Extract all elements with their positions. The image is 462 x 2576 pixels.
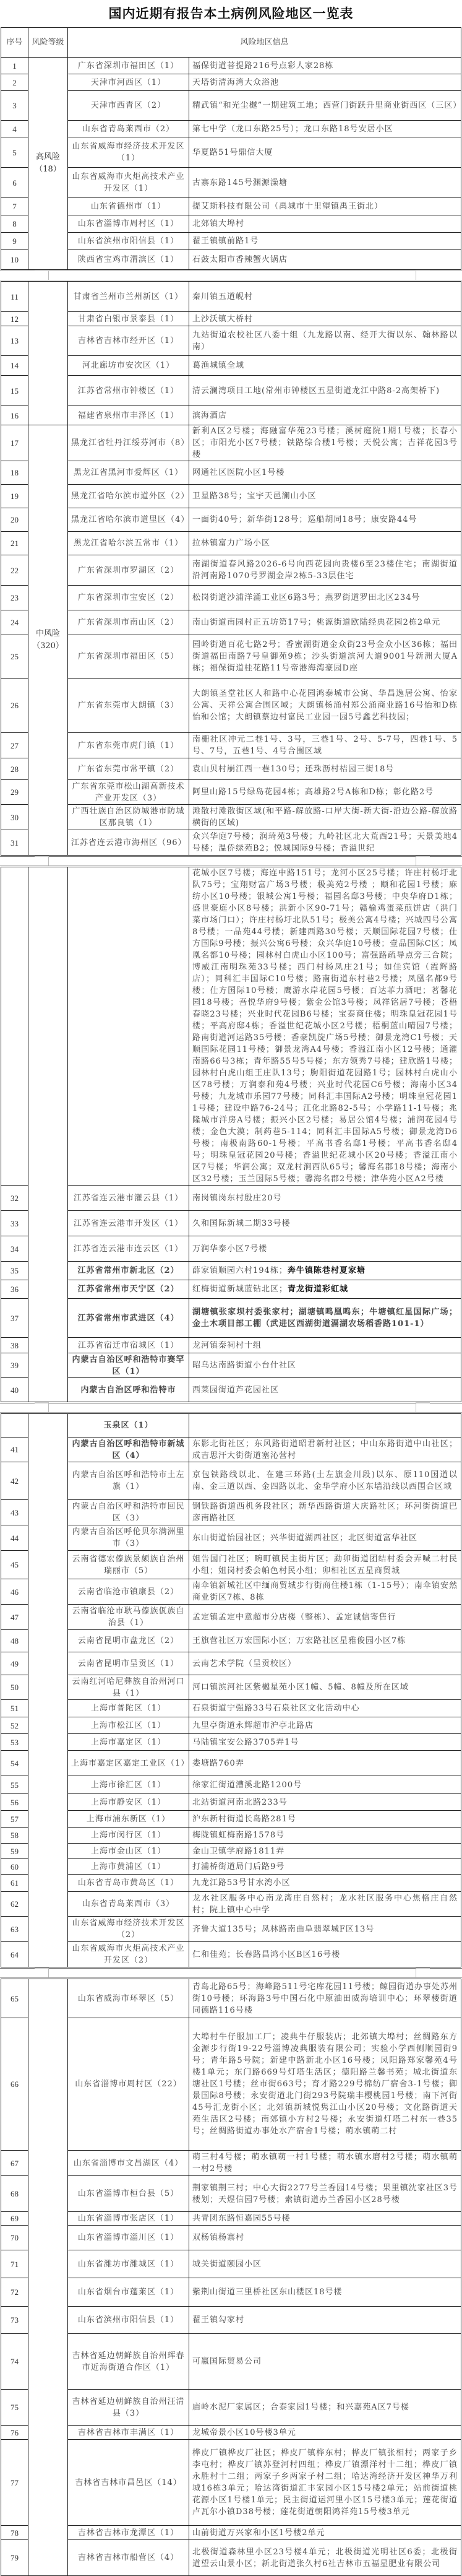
risk-level-mid-cont (28, 867, 68, 1402)
row-address: 新利A区2号楼；海融富华苑23号楼；溪树庭院1期1号楼；长春小区；市阳光小区7号… (189, 425, 461, 461)
row-area: 江苏省常州市天宁区（2） (68, 1280, 189, 1299)
row-area: 吉林省吉林市昌邑区（14） (68, 2440, 189, 2526)
row-area: 内蒙古自治区呼和浩特市回民区（3） (68, 1500, 189, 1525)
row-address: 北站街道河南北路233号 (189, 1794, 461, 1811)
row-no: 37 (1, 1299, 28, 1338)
page-title: 国内近期有报告本土病例风险地区一览表 (0, 0, 462, 27)
row-area: 山东省滨州市阳信县（1） (68, 2307, 189, 2334)
row-area: 山东省淄博市张店区（1） (68, 2212, 189, 2226)
row-address: 京包铁路线以北、在建三环路(土左旗金川段)以东、原110国道以南、金三道以西、金… (189, 1462, 461, 1500)
row-area: 山东省青岛莱西市（3） (68, 1892, 189, 1917)
row-area: 云南省德宏傣族景颇族自治州瑞丽市（5） (68, 1551, 189, 1579)
table-row: 1 高风险（18） 广东省深圳市福田区（1） 福保街道菩提路216号点彩人家28… (1, 58, 461, 74)
row-no: 29 (1, 780, 28, 805)
table-row: 44 内蒙古自治区呼伦贝尔满洲里市（3） 东山街道怡园社区；兴华街道湖西社区；北… (1, 1525, 461, 1551)
risk-level-mid-cont (28, 1414, 68, 1967)
table-row: 30 广西壮族自治区防城港市防城区那良镇（1） 滩散村滩散街区域(和平路-解放路… (1, 805, 461, 830)
table-row: 25 广东省深圳市福田区（5） 园岭街道百花七路2号；香蜜湖街道金众街23号金众… (1, 635, 461, 679)
row-address: 梅陇镇虹梅南路1578号 (189, 1828, 461, 1844)
row-address: 翟王镇勾家村 (189, 2307, 461, 2334)
table-row-continuation: 玉泉区（1） (1, 1414, 461, 1438)
table-row: 68 山东省淄博市桓台县（5） 荆家镇荆三村；中心大街2277号兰香园14号楼；… (1, 2176, 461, 2212)
row-area: 江苏省连云港市连云区（1） (68, 1236, 189, 1262)
address-bold: 奔牛镇陈巷村夏家塘 (288, 1266, 366, 1275)
row-no: 33 (1, 1211, 28, 1236)
row-area: 黑龙江省牡丹江绥芬河市（8） (68, 425, 189, 461)
row-address: 打浦桥街道局门后路9号 (189, 1859, 461, 1875)
row-address: 山前街道万兴家和小区1号楼2单元 (189, 2526, 461, 2540)
row-no: 78 (1, 2526, 28, 2540)
row-no: 36 (1, 1280, 28, 1299)
row-area: 广东省深圳市福田区（5） (68, 635, 189, 679)
row-area: 山东省潍坊市潍城区（1） (68, 2250, 189, 2278)
row-area: 内蒙古自治区呼和浩特市 (68, 1378, 189, 1402)
row-no: 79 (1, 2540, 28, 2576)
row-area: 上海市浦东新区（1） (68, 1811, 189, 1828)
row-no: 45 (1, 1551, 28, 1579)
row-address: 卫星路38号；宝宇天邑澜山小区 (189, 485, 461, 508)
row-address: 上沙沃镇大桥村 (189, 312, 461, 326)
table-row: 23 广东省深圳市宝安区（2） 松岗街道沙浦洋涌工业区6路3号；燕罗街道罗田北区… (1, 586, 461, 610)
row-address: 翟王镇镇前路1号 (189, 233, 461, 250)
row-area: 上海市松江区（1） (68, 1717, 189, 1734)
row-area: 内蒙古自治区呼和浩特市赛罕区（1） (68, 1353, 189, 1378)
table-row: 77 吉林省吉林市昌邑区（14） 桦皮厂镇桦皮厂社区；桦皮厂镇桦东村；桦皮厂镇张… (1, 2440, 461, 2526)
row-area: 上海市闵行区（1） (68, 1828, 189, 1844)
row-area: 天津市西青区（2） (68, 91, 189, 121)
row-no: 21 (1, 532, 28, 555)
row-area: 吉林省吉林市龙潭区（1） (68, 2526, 189, 2540)
table-row: 58 上海市闵行区（1） 梅陇镇虹梅南路1578号 (1, 1828, 461, 1844)
row-address: 园岭街道百花七路2号；香蜜湖街道金众街23号金众小区36栋；福田街道福田南路7号… (189, 635, 461, 679)
row-area: 上海市嘉定区嘉定工业区（1） (68, 1751, 189, 1776)
row-area: 山东省淄博市淄川区（1） (68, 2226, 189, 2250)
row-area: 山东省威海市环翠区（5） (68, 1979, 189, 2018)
risk-table-page-5: 65 山东省威海市环翠区（5） 青岛北路65号；海峰路511号宅库花园11号楼；… (1, 1979, 461, 2576)
row-address: 徐家汇街道漕溪北路1200号 (189, 1776, 461, 1794)
row-no: 24 (1, 610, 28, 635)
risk-level-high: 高风险（18） (28, 58, 68, 270)
row-no: 48 (1, 1630, 28, 1652)
row-area: 山东省淄博市文昌湖区（4） (68, 2151, 189, 2176)
row-address: 城关街道颐园小区 (189, 2250, 461, 2278)
row-address: 钢铁路街道西机务段社区；新华西路街道大庆路社区；环河街街道巴彦南路社区 (189, 1500, 461, 1525)
row-area: 广东省深圳市罗湖区（2） (68, 555, 189, 586)
row-no: 56 (1, 1794, 28, 1811)
row-no: 14 (1, 356, 28, 376)
table-row: 33 江苏省连云港市开发区（1） 久和国际新城二期33号楼 (1, 1211, 461, 1236)
table-row: 42 内蒙古自治区呼和浩特市土左旗（1） 京包铁路线以北、在建三环路(土左旗金川… (1, 1462, 461, 1500)
row-area: 黑龙江省哈尔滨五常市（1） (68, 532, 189, 555)
row-no: 55 (1, 1776, 28, 1794)
row-address: 庙岭水泥厂家属区；合泰家园1号楼；和兴嘉苑A区7号楼 (189, 2390, 461, 2426)
table-row: 19 黑龙江省哈尔滨市道外区（2） 卫星路38号；宝宇天邑澜山小区 (1, 485, 461, 508)
row-no: 74 (1, 2334, 28, 2390)
risk-level-label: 高风险（18） (32, 151, 64, 176)
row-address: 南岗镇岗东村殷庄20号 (189, 1186, 461, 1211)
row-no: 35 (1, 1262, 28, 1280)
row-address: 齐鲁大道135号；凤林路南曲阜翡翠城F区13号 (189, 1917, 461, 1942)
row-area: 上海市黄浦区（1） (68, 1859, 189, 1875)
table-row: 17 中风险（320） 黑龙江省牡丹江绥芬河市（8） 新利A区2号楼；海融富华苑… (1, 425, 461, 461)
row-address: 九龙江路53号甘水湾小区 (189, 1875, 461, 1892)
table-row: 62 山东省青岛莱西市（3） 龙水社区服务中心南龙湾庄自然村；龙水社区服务中心焦… (1, 1892, 461, 1917)
row-area: 玉泉区（1） (68, 1414, 189, 1438)
table-header-row: 序号 风险等级 风险地区信息 (1, 28, 461, 58)
page-break (0, 1403, 462, 1413)
row-no: 51 (1, 1700, 28, 1717)
row-address: 滩散村滩散街区域(和平路-解放路-口岸大街-新大街-沿边公路-解放路横街的区域) (189, 805, 461, 830)
row-area: 广东省东莞市松山湖高新技术产业开发区（3） (68, 780, 189, 805)
row-address: 花城小区7号楼；海连中路151号；龙河小区25号楼；许庄村杨圩北队75号；宝翔财… (189, 867, 461, 1186)
table-row: 32 江苏省连云港市灌云县（1） 南岗镇岗东村殷庄20号 (1, 1186, 461, 1211)
row-no: 75 (1, 2390, 28, 2426)
risk-table-page-3: 花城小区7号楼；海连中路151号；龙河小区25号楼；许庄村杨圩北队75号；宝翔财… (1, 867, 461, 1402)
row-no: 58 (1, 1828, 28, 1844)
row-address: 双杨镇杨寨村 (189, 2226, 461, 2250)
table-row: 9 山东省滨州市阳信县（1） 翟王镇镇前路1号 (1, 233, 461, 250)
table-row: 75 吉林省延边朝鲜族自治州汪清县（3） 庙岭水泥厂家属区；合泰家园1号楼；和兴… (1, 2390, 461, 2426)
table-row: 15 江苏省常州市钟楼区（1） 清云澜湾项目工地(常州市钟楼区五星街道龙江中路8… (1, 376, 461, 406)
row-no: 4 (1, 121, 28, 137)
row-area: 江苏省连云港市开发区（1） (68, 1211, 189, 1236)
row-area: 山东省青岛莱西市（2） (68, 121, 189, 137)
risk-level-mid-cont (28, 1979, 68, 2576)
row-address: 龙河镇秦祠村十组 (189, 1338, 461, 1353)
table-row: 35 江苏省常州市新北区（2） 薛家镇顺园六村194栋；奔牛镇陈巷村夏家塘 (1, 1262, 461, 1280)
table-row: 79 吉林省吉林市船营区（4） 北极街道森林里小区23号楼4单元；北极街道光明社… (1, 2540, 461, 2576)
row-address: 龙水社区服务中心南龙湾庄自然村；龙水社区服务中心焦格庄自然村；院上镇中心中学 (189, 1892, 461, 1917)
risk-level-high-cont (28, 282, 68, 425)
row-area: 云南省昆明市盘龙区（2） (68, 1630, 189, 1652)
table-row: 8 山东省淄博市周村区（1） 北郊镇大埠村 (1, 215, 461, 233)
row-area: 内蒙古自治区呼和浩特市土左旗（1） (68, 1462, 189, 1500)
table-row: 47 云南省临沧市耿马傣族佤族自治县（1） 孟定镇孟定中意超市分店楼（整栋）、孟… (1, 1605, 461, 1630)
row-no: 76 (1, 2426, 28, 2440)
address-plain: 薛家镇顺园六村194栋； (192, 1266, 288, 1275)
row-address: 西菜园街道芦花园社区 (189, 1378, 461, 1402)
row-area: 山东省滨州市阳信县（1） (68, 233, 189, 250)
table-row: 3 天津市西青区（2） 精武镇“和光尘樾”一期建筑工地；西营门街跃升里商业街西区… (1, 91, 461, 121)
table-row: 45 云南省德宏傣族景颇族自治州瑞丽市（5） 姐告国门社区；畹町镇民主街片区；勐… (1, 1551, 461, 1579)
table-row: 24 广东省深圳市南山区（2） 南山街道南园村正五坊第17号；桃源街道欧陆经典花… (1, 610, 461, 635)
row-no: 59 (1, 1844, 28, 1859)
row-area: 江苏省常州市钟楼区（1） (68, 376, 189, 406)
table-row: 64 山东省威海市火炬高技术产业开发区（2） 仁和佳苑；长春路昌鸿小区B区16号… (1, 1942, 461, 1967)
table-row: 53 上海市嘉定区（1） 马陆镇宝安公路3705弄1号 (1, 1734, 461, 1751)
row-area: 云南省昆明市呈贡区（1） (68, 1652, 189, 1675)
row-area: 山东省威海市火炬高技术产业开发区（2） (68, 1942, 189, 1967)
table-row: 16 福建省泉州市丰泽区（1） 滨海酒店 (1, 406, 461, 425)
table-row: 60 上海市黄浦区（1） 打浦桥街道局门后路9号 (1, 1859, 461, 1875)
row-address: 东影北街社区；东风路街道昭君新村社区；中山东路街道中山社区；成吉思汗大街街道塞沁… (189, 1438, 461, 1462)
row-no: 61 (1, 1875, 28, 1892)
row-no: 10 (1, 250, 28, 270)
table-row: 43 内蒙古自治区呼和浩特市回民区（3） 钢铁路街道西机务段社区；新华西路街道大… (1, 1500, 461, 1525)
row-no: 20 (1, 508, 28, 532)
table-row: 21 黑龙江省哈尔滨五常市（1） 拉林镇富力广场小区 (1, 532, 461, 555)
table-row: 39 内蒙古自治区呼和浩特市赛罕区（1） 昭乌达南路街道小台什社区 (1, 1353, 461, 1378)
page-break (0, 856, 462, 866)
table-row: 72 山东省烟台市蓬莱区（1） 紫荆山街道三里桥社区东山楼区18号楼 (1, 2278, 461, 2307)
row-area: 吉林省吉林市丰满区（1） (68, 2426, 189, 2440)
row-no: 71 (1, 2250, 28, 2278)
row-no: 62 (1, 1892, 28, 1917)
risk-level-mid: 中风险（320） (28, 425, 68, 856)
row-address: 湖塘镇张家坝村委张家村；湖塘镇鸣凰鸣东；牛塘镇红星国际广场；金土木项目部工棚（武… (189, 1299, 461, 1338)
row-area: 广西壮族自治区防城港市防城区那良镇（1） (68, 805, 189, 830)
row-area: 内蒙古自治区呼伦贝尔满洲里市（3） (68, 1525, 189, 1551)
row-area: 上海市静安区（1） (68, 1794, 189, 1811)
row-area: 广东省深圳市宝安区（2） (68, 586, 189, 610)
table-row: 74 吉林省延边朝鲜族自治州珲春市近海街道合作区（1） 可嬴国际贸易公司 (1, 2334, 461, 2390)
row-area: 江苏省宿迁市宿城区（1） (68, 1338, 189, 1353)
row-no: 6 (1, 168, 28, 198)
row-area: 上海市金山区（1） (68, 1844, 189, 1859)
table-row: 11 甘肃省兰州市兰州新区（1） 秦川镇五道岘村 (1, 282, 461, 312)
table-row: 6 山东省威海市火炬高技术产业开发区（1） 古寨东路145号渊源澡塘 (1, 168, 461, 198)
row-no: 19 (1, 485, 28, 508)
table-row: 14 河北廊坊市安次区（1） 葛渔城镇全域 (1, 356, 461, 376)
row-address: 众兴华庭7号楼；润琦苑3号楼；九岭社区北大荒西21号；天景美地4号楼；温侨绿苑B… (189, 830, 461, 856)
address-bold: 青龙街道彩虹城 (288, 1285, 348, 1294)
row-no: 25 (1, 635, 28, 679)
row-address: 北郊镇大埠村 (189, 215, 461, 233)
row-address: 九站街道农校社区八委十组（九龙路以南、经开大街以东、翰林路以南） (189, 326, 461, 356)
row-no: 52 (1, 1717, 28, 1734)
row-no: 73 (1, 2307, 28, 2334)
row-area: 广东省深圳市南山区（2） (68, 610, 189, 635)
table-row: 55 上海市徐汇区（1） 徐家汇街道漕溪北路1200号 (1, 1776, 461, 1794)
table-row: 38 江苏省宿迁市宿城区（1） 龙河镇秦祠村十组 (1, 1338, 461, 1353)
table-row: 57 上海市浦东新区（1） 沪东新村街道长岛路281号 (1, 1811, 461, 1828)
table-row: 59 上海市金山区（1） 金山卫镇学府路1811弄 (1, 1844, 461, 1859)
row-area: 上海市徐汇区（1） (68, 1776, 189, 1794)
row-address: 袁山贝村崩江西一巷130号；还珠沥村桔园三街18号 (189, 758, 461, 780)
table-row: 4 山东省青岛莱西市（2） 第七中学（龙口东路25号）；龙口东路18号安居小区 (1, 121, 461, 137)
table-row: 78 吉林省吉林市龙潭区（1） 山前街道万兴家和小区1号楼2单元 (1, 2526, 461, 2540)
table-row: 61 山东省青岛市黄岛区（1） 九龙江路53号甘水湾小区 (1, 1875, 461, 1892)
table-row: 18 黑龙江省黑河市爱辉区（1） 网通社区医院小区1号楼 (1, 461, 461, 485)
row-no: 53 (1, 1734, 28, 1751)
table-row: 36 江苏省常州市天宁区（2） 红梅街道新城蓝钻北区；青龙街道彩虹城 (1, 1280, 461, 1299)
row-area: 山东省威海市经济技术开发区（1） (68, 137, 189, 168)
table-row: 10 陕西省宝鸡市渭滨区（1） 石鼓太阳市香辣蟹火锅店 (1, 250, 461, 270)
row-no: 5 (1, 137, 28, 168)
row-address: 一面街40号；新华街128号；巡船胡同18号；康安路44号 (189, 508, 461, 532)
row-address: 提艾斯科技有限公司（禹城市十里望镇禹王街北） (189, 198, 461, 215)
table-row: 67 山东省淄博市文昌湖区（4） 萌三村4号楼；萌水镇萌一村1号楼；萌水镇水磨村… (1, 2151, 461, 2176)
row-no: 63 (1, 1917, 28, 1942)
table-row: 65 山东省威海市环翠区（5） 青岛北路65号；海峰路511号宅库花园11号楼；… (1, 1979, 461, 2018)
row-area: 广东省东莞市大朗镇（3） (68, 679, 189, 733)
row-address: 东山街道怡园社区；兴华街道湖西社区；北区街道富华社区 (189, 1525, 461, 1551)
row-address: 南伞镇新城社区中缅商贸城步行街商住楼1栋（1-15号）；南伞镇安然商业街区7栋、… (189, 1579, 461, 1605)
row-address: 共青团东路恒嘉园55号楼 (189, 2212, 461, 2226)
row-area: 广东省东莞市虎门镇（1） (68, 733, 189, 758)
row-area: 山东省威海市火炬高技术产业开发区（1） (68, 168, 189, 198)
table-row: 63 山东省威海市经济技术开发区（2） 齐鲁大道135号；凤林路南曲阜翡翠城F区… (1, 1917, 461, 1942)
row-no: 57 (1, 1811, 28, 1828)
table-row: 20 黑龙江省哈尔滨市道里区（4） 一面街40号；新华街128号；巡船胡同18号… (1, 508, 461, 532)
row-area: 江苏省常州市新北区（2） (68, 1262, 189, 1280)
risk-table-page-2: 11 甘肃省兰州市兰州新区（1） 秦川镇五道岘村 12 甘肃省白银市景泰县（1）… (1, 281, 461, 856)
row-no: 43 (1, 1500, 28, 1525)
row-address: 阿里山路15号绿岛花园4栋；高雄路2号A栋和D栋；彰化路2号 (189, 780, 461, 805)
row-no: 31 (1, 830, 28, 856)
row-address: 薛家镇顺园六村194栋；奔牛镇陈巷村夏家塘 (189, 1262, 461, 1280)
row-area: 吉林省延边朝鲜族自治州珲春市近海街道合作区（1） (68, 2334, 189, 2390)
row-area: 山东省淄博市周村区（1） (68, 215, 189, 233)
row-no: 72 (1, 2278, 28, 2307)
row-no: 1 (1, 58, 28, 74)
table-row: 40 内蒙古自治区呼和浩特市 西菜园街道芦花园社区 (1, 1378, 461, 1402)
row-address: 葛渔城镇全域 (189, 356, 461, 376)
row-no: 26 (1, 679, 28, 733)
row-no: 2 (1, 74, 28, 91)
risk-level-label: 中风险（320） (32, 628, 64, 653)
row-area: 广东省深圳市福田区（1） (68, 58, 189, 74)
row-no: 16 (1, 406, 28, 425)
table-row-continuation: 花城小区7号楼；海连中路151号；龙河小区25号楼；许庄村杨圩北队75号；宝翔财… (1, 867, 461, 1186)
row-area: 山东省烟台市蓬莱区（1） (68, 2278, 189, 2307)
table-row: 13 吉林省吉林市经开区（1） 九站街道农校社区八委十组（九龙路以南、经开大街以… (1, 326, 461, 356)
row-no: 17 (1, 425, 28, 461)
risk-table-page-4: 玉泉区（1） 41 内蒙古自治区呼和浩特市新城区（4） 东影北街社区；东风路街道… (1, 1413, 461, 1967)
row-address: 大埠村牛仔服加工厂；凌典牛仔服装店；北郊镇大埠村；丝绸路东方金源步行街19-22… (189, 2018, 461, 2151)
row-area: 山东省淄博市桓台县（5） (68, 2176, 189, 2212)
row-area: 吉林省吉林市经开区（1） (68, 326, 189, 356)
row-address: 可嬴国际贸易公司 (189, 2334, 461, 2390)
row-area: 广东省东莞市常平镇（2） (68, 758, 189, 780)
row-no (1, 867, 28, 1186)
table-row: 76 吉林省吉林市丰满区（1） 龙城帝景小区10号楼3单元 (1, 2426, 461, 2440)
table-row: 5 山东省威海市经济技术开发区（1） 华夏路51号鼎信大厦 (1, 137, 461, 168)
row-no: 32 (1, 1186, 28, 1211)
row-address: 沪东新村街道长岛路281号 (189, 1811, 461, 1828)
row-area: 山东省青岛市黄岛区（1） (68, 1875, 189, 1892)
row-no: 49 (1, 1652, 28, 1675)
page-break (0, 271, 462, 280)
row-address: 松岗街道沙浦洋涌工业区6路3号；燕罗街道罗田北区234号 (189, 586, 461, 610)
row-no: 66 (1, 2018, 28, 2151)
row-no: 9 (1, 233, 28, 250)
row-address: 华夏路51号鼎信大厦 (189, 137, 461, 168)
row-area: 黑龙江省哈尔滨市道外区（2） (68, 485, 189, 508)
row-no: 18 (1, 461, 28, 485)
table-row: 56 上海市静安区（1） 北站街道河南北路233号 (1, 1794, 461, 1811)
row-address: 河口镇滨河社区紫樾星苑小区1幢、5幢、8幢及所在区域 (189, 1675, 461, 1700)
header-level: 风险等级 (28, 28, 68, 58)
row-address: 南栅社区冲元二巷1号、3号，三巷1号、2号、5-7号，四巷1号、5号、7号，五巷… (189, 733, 461, 758)
row-address: 青岛北路65号；海峰路511号宅库花园11号楼；鲸园街道办事处苏州街10号楼；环… (189, 1979, 461, 2018)
row-area: 山东省德州市（1） (68, 198, 189, 215)
row-no: 44 (1, 1525, 28, 1551)
table-row: 26 广东省东莞市大朗镇（3） 大朗镇圣堂社区人和路中心花园鸿泰城市公寓、华昌逸… (1, 679, 461, 733)
row-no: 11 (1, 282, 28, 312)
row-area: 福建省泉州市丰泽区（1） (68, 406, 189, 425)
header-info: 风险地区信息 (68, 28, 461, 58)
row-area: 山东省淄博市周村区（22） (68, 2018, 189, 2151)
row-address: 王旗营社区万宏国际小区；万宏路社区星雅俊园小区7栋 (189, 1630, 461, 1652)
row-no: 68 (1, 2176, 28, 2212)
table-row: 12 甘肃省白银市景泰县（1） 上沙沃镇大桥村 (1, 312, 461, 326)
row-address: 马陆镇宝安公路3705弄1号 (189, 1734, 461, 1751)
row-no: 77 (1, 2440, 28, 2526)
row-no: 28 (1, 758, 28, 780)
row-address: 网通社区医院小区1号楼 (189, 461, 461, 485)
row-address: 荆家镇荆三村；中心大街2277号兰香园14号楼；果里镇沈家社区3号楼划；天煜信园… (189, 2176, 461, 2212)
table-row: 73 山东省滨州市阳信县（1） 翟王镇勾家村 (1, 2307, 461, 2334)
row-address: 南山街道南园村正五坊第17号；桃源街道欧陆经典花园2栋2单元 (189, 610, 461, 635)
row-address: 滨海酒店 (189, 406, 461, 425)
row-address: 红梅街道新城蓝钻北区；青龙街道彩虹城 (189, 1280, 461, 1299)
row-address: 姐告国门社区；畹町镇民主街片区；勐卯街道团结村委会弄喊二村民小组；姐岗村委会帕色… (189, 1551, 461, 1579)
row-no: 12 (1, 312, 28, 326)
row-area: 江苏省常州市武进区（4） (68, 1299, 189, 1338)
header-no: 序号 (1, 28, 28, 58)
row-no: 42 (1, 1462, 28, 1500)
table-row: 29 广东省东莞市松山湖高新技术产业开发区（3） 阿里山路15号绿岛花园4栋；高… (1, 780, 461, 805)
row-address: 石鼓太阳市香辣蟹火锅店 (189, 250, 461, 270)
row-no: 15 (1, 376, 28, 406)
row-no: 41 (1, 1438, 28, 1462)
address-plain: 红梅街道新城蓝钻北区； (192, 1285, 288, 1294)
row-no: 34 (1, 1236, 28, 1262)
row-area: 河北廊坊市安次区（1） (68, 356, 189, 376)
table-row: 54 上海市嘉定区嘉定工业区（1） 娄塘路760弄 (1, 1751, 461, 1776)
row-address: 秦川镇五道岘村 (189, 282, 461, 312)
row-address: 精武镇“和光尘樾”一期建筑工地；西营门街跃升里商业街西区（三区） (189, 91, 461, 121)
table-row: 70 山东省淄博市淄川区（1） 双杨镇杨寨村 (1, 2226, 461, 2250)
row-area (68, 867, 189, 1186)
row-no: 47 (1, 1605, 28, 1630)
row-address (189, 1414, 461, 1438)
table-row: 7 山东省德州市（1） 提艾斯科技有限公司（禹城市十里望镇禹王街北） (1, 198, 461, 215)
row-address: 九里亭街道永辉超市沪亭北路店 (189, 1717, 461, 1734)
table-row: 34 江苏省连云港市连云区（1） 万润华泰小区7号楼 (1, 1236, 461, 1262)
row-no: 60 (1, 1859, 28, 1875)
row-area: 吉林省延边朝鲜族自治州汪清县（3） (68, 2390, 189, 2426)
row-address: 龙城帝景小区10号楼3单元 (189, 2426, 461, 2440)
row-address: 拉林镇富力广场小区 (189, 532, 461, 555)
table-row: 51 上海市普陀区（1） 石泉街道宁强路33号石泉社区文化活动中心 (1, 1700, 461, 1717)
table-row: 22 广东省深圳市罗湖区（2） 南湖街道春风路2026-6号向西花园向贵楼6至2… (1, 555, 461, 586)
table-row: 52 上海市松江区（1） 九里亭街道永辉超市沪亭北路店 (1, 1717, 461, 1734)
row-address: 北极街道森林里小区23号楼4单元；北极街道光明社区6委；北极街道望云山景小区；新… (189, 2540, 461, 2576)
row-no: 13 (1, 326, 28, 356)
row-no: 50 (1, 1675, 28, 1700)
row-area: 天津市河西区（1） (68, 74, 189, 91)
row-area: 黑龙江省哈尔滨市道里区（4） (68, 508, 189, 532)
row-no: 67 (1, 2151, 28, 2176)
row-address: 万润华泰小区7号楼 (189, 1236, 461, 1262)
row-no: 54 (1, 1751, 28, 1776)
row-area: 江苏省连云港市海州区（96） (68, 830, 189, 856)
row-no: 39 (1, 1353, 28, 1378)
row-address: 仁和佳苑；长春路昌鸿小区B区16号楼 (189, 1942, 461, 1967)
row-no: 7 (1, 198, 28, 215)
row-no: 3 (1, 91, 28, 121)
table-row: 46 云南省临沧市镇康县（2） 南伞镇新城社区中缅商贸城步行街商住楼1栋（1-1… (1, 1579, 461, 1605)
row-area: 云南红河哈尼彝族自治州河口县（1） (68, 1675, 189, 1700)
row-address: 石泉街道宁强路33号石泉社区文化活动中心 (189, 1700, 461, 1717)
table-row: 31 江苏省连云港市海州区（96） 众兴华庭7号楼；润琦苑3号楼；九岭社区北大荒… (1, 830, 461, 856)
row-no (1, 1414, 28, 1438)
row-area: 吉林省吉林市船营区（4） (68, 2540, 189, 2576)
row-area: 云南省临沧市镇康县（2） (68, 1579, 189, 1605)
row-no: 46 (1, 1579, 28, 1605)
